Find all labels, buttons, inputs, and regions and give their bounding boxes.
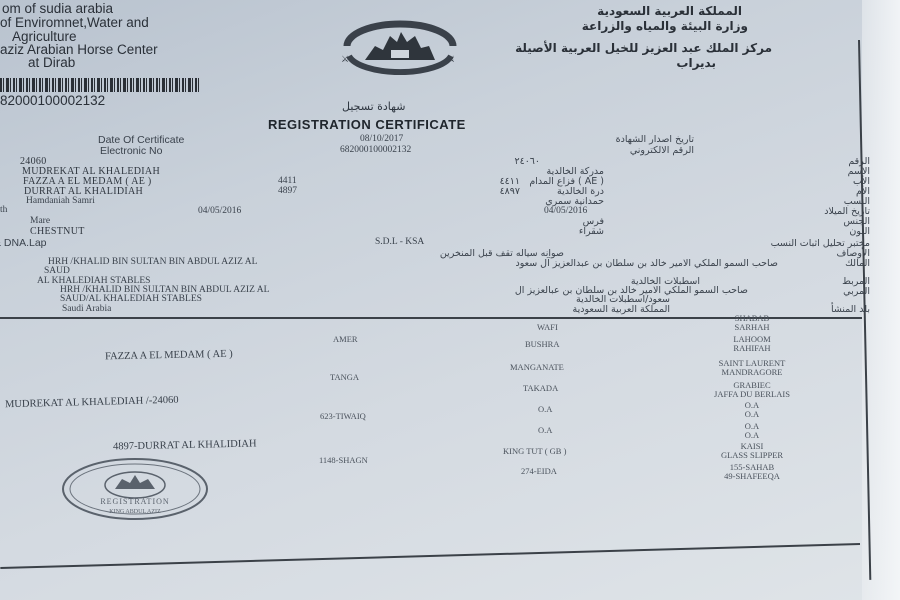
date-of-certificate-value: 08/10/2017	[360, 134, 403, 144]
svg-text:KING ABDUL AZIZ: KING ABDUL AZIZ	[109, 509, 161, 515]
ministry-emblem-icon: ⚔ ⚔	[335, 20, 465, 75]
pedigree-gen3-7: KING TUT ( GB )	[503, 446, 566, 456]
svg-text:REGISTRATION: REGISTRATION	[100, 497, 169, 506]
owner-line-2: SAUD	[44, 266, 70, 276]
pedigree-sire: FAZZA A EL MEDAM ( AE )	[105, 349, 233, 363]
header-ar-line-3: مركز الملك عبد العزيز للخيل العربية الأص…	[515, 41, 772, 55]
barcode	[0, 78, 200, 92]
dam-code: 4897	[278, 186, 297, 196]
color-value-ar: شقراء	[579, 226, 604, 237]
registration-stamp-icon: REGISTRATION KING ABDUL AZIZ	[60, 457, 210, 522]
pedigree-gen3-5: O.A	[538, 404, 552, 414]
country-value-ar: المملكة العربية السعودية	[573, 304, 670, 315]
pedigree-gen3-3: MANGANATE	[510, 362, 564, 372]
certificate-title-ar: شهادة تسجيل	[342, 100, 405, 113]
header-en-line-4: aziz Arabian Horse Center	[0, 43, 158, 57]
pedigree-gen4-10: O.A	[692, 409, 812, 419]
breeder-line-2: SAUD/AL KHALEDIAH STABLES	[60, 294, 202, 304]
page-border-bottom	[0, 543, 860, 569]
pedigree-gen2-2: TANGA	[330, 372, 359, 382]
owner-line-1: HRH /KHALID BIN SULTAN BIN ABDUL AZIZ AL	[48, 257, 257, 267]
certificate-title: REGISTRATION CERTIFICATE	[268, 117, 466, 132]
electronic-no-label: Electronic No	[100, 145, 162, 157]
strain-value: Hamdaniah Samri	[26, 196, 95, 206]
lab-label-partial: & DNA.Lap	[0, 237, 47, 249]
pedigree-gen2-3: 623-TIWAIQ	[320, 411, 366, 421]
birth-label-partial: th	[0, 205, 7, 215]
header-ar-line-2: وزارة البيئة والمياه والزراعة	[582, 19, 748, 33]
pedigree-gen3-8: 274-EIDA	[521, 466, 557, 476]
header-ar-line-4: بديراب	[676, 56, 716, 70]
sire-code: 4411	[278, 176, 297, 186]
owner-value-ar: صاحب السمو الملكي الامير خالد بن سلطان ب…	[515, 258, 778, 269]
electronic-no-label-ar: الرقم الالكتروني	[630, 145, 694, 156]
pedigree-gen2-1: AMER	[333, 334, 358, 344]
pedigree-gen3-4: TAKADA	[523, 383, 558, 393]
birth-value-ar: 04/05/2016	[544, 206, 587, 216]
color-value: CHESTNUT	[30, 226, 85, 237]
pedigree-gen4-16: 49-SHAFEEQA	[692, 471, 812, 481]
electronic-no-value: 682000100002132	[340, 145, 411, 155]
pedigree-gen4-6: MANDRAGORE	[692, 367, 812, 377]
pedigree-gen4-4: RAHIFAH	[692, 343, 812, 353]
svg-text:⚔: ⚔	[341, 54, 349, 64]
barcode-number: 82000100002132	[0, 93, 105, 108]
pedigree-gen3-2: BUSHRA	[525, 339, 559, 349]
number-value-ar: ٢٤٠٦٠	[514, 156, 540, 167]
color-label-ar: اللون	[849, 226, 870, 237]
pedigree-gen2-4: 1148-SHAGN	[319, 455, 368, 465]
header-ar-line-1: المملكة العربية السعودية	[597, 4, 742, 18]
svg-text:⚔: ⚔	[447, 54, 455, 64]
pedigree-gen4-14: GLASS SLIPPER	[692, 450, 812, 460]
pedigree-gen4-8: JAFFA DU BERLAIS	[692, 389, 812, 399]
breeder-label-ar: المربي	[843, 286, 870, 297]
date-of-certificate-label-ar: تاريخ اصدار الشهادة	[616, 134, 694, 145]
pedigree-gen3-6: O.A	[538, 425, 552, 435]
header-en-line-1: om of sudia arabia	[2, 2, 113, 16]
pedigree-dam: 4897-DURRAT AL KHALIDIAH	[113, 438, 257, 452]
header-en-line-5: at Dirab	[28, 56, 75, 70]
header-en-line-2: of Enviromnet,Water and	[0, 16, 149, 30]
pedigree-gen4-2: SARHAH	[692, 322, 812, 332]
pedigree-gen3-1: WAFI	[537, 322, 558, 332]
dam-code-ar: ٤٨٩٧	[500, 186, 520, 197]
birth-value: 04/05/2016	[198, 206, 241, 216]
sex-value: Mare	[30, 216, 50, 226]
country-value: Saudi Arabia	[62, 304, 111, 314]
pedigree-horse: MUDREKAT AL KHALEDIAH /-24060	[5, 395, 179, 411]
pedigree-gen4-12: O.A	[692, 430, 812, 440]
lab-value: S.D.L - KSA	[375, 237, 424, 247]
owner-label-ar: المالك	[845, 258, 870, 269]
